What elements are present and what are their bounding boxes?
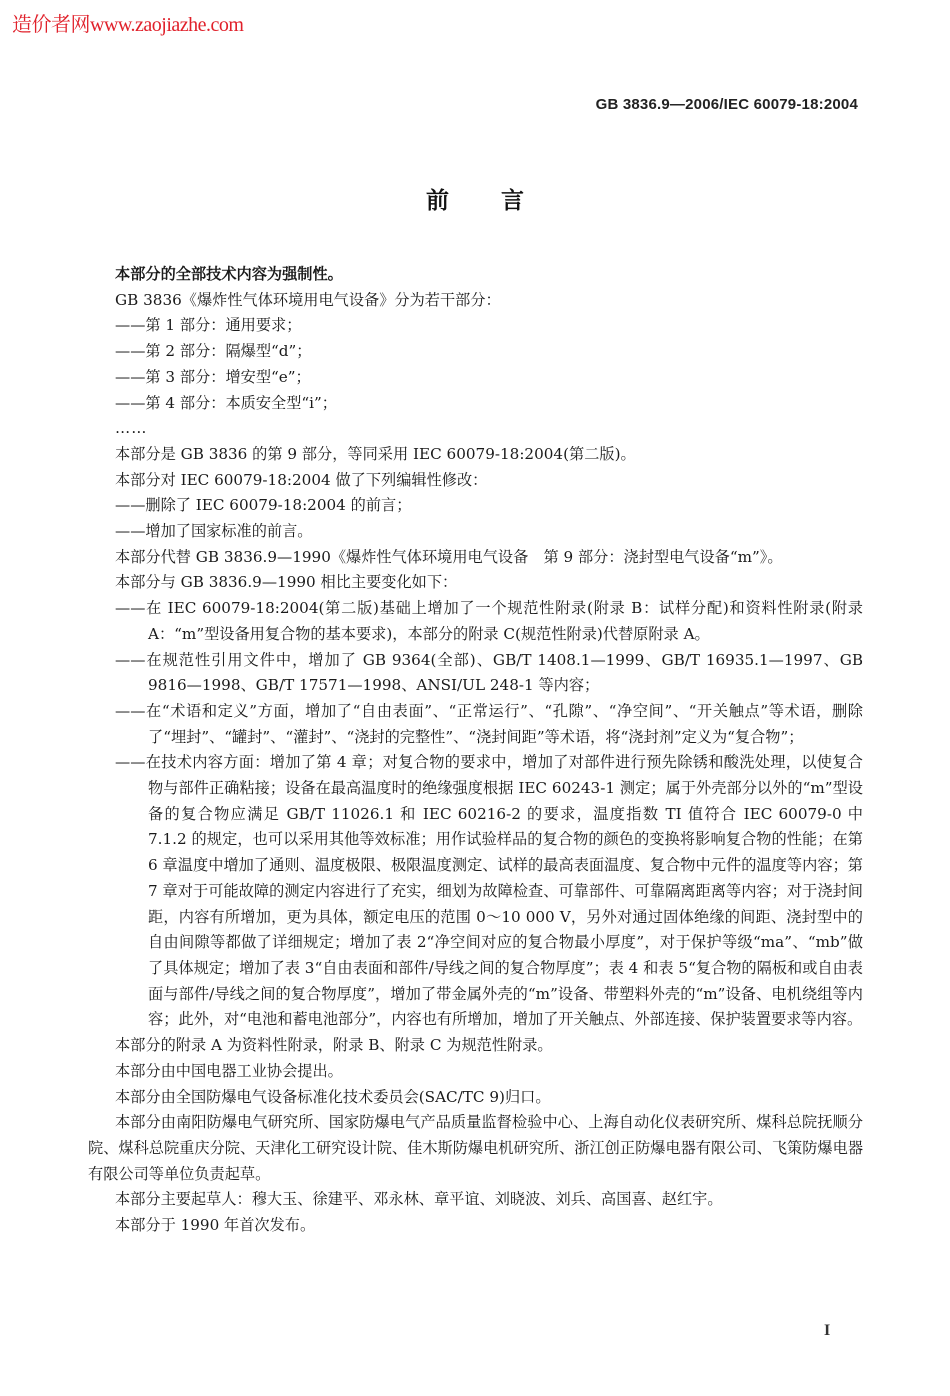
paragraph-changes-intro: 本部分与 GB 3836.9—1990 相比主要变化如下： (88, 570, 863, 596)
list-item-part: ——第 1 部分：通用要求； (88, 313, 863, 339)
list-item-change: ——在“术语和定义”方面，增加了“自由表面”、“正常运行”、“孔隙”、“净空间”… (88, 699, 863, 750)
paragraph-first-issued: 本部分于 1990 年首次发布。 (88, 1213, 863, 1239)
title-char-1: 前 (426, 182, 449, 215)
paragraph-annexes: 本部分的附录 A 为资料性附录，附录 B、附录 C 为规范性附录。 (88, 1033, 863, 1059)
list-item-edit: ——增加了国家标准的前言。 (88, 519, 863, 545)
page-title: 前言 (0, 182, 950, 215)
title-char-2: 言 (501, 182, 524, 215)
paragraph-drafters: 本部分主要起草人：穆大玉、徐建平、邓永林、章平谊、刘晓波、刘兵、高国喜、赵红宇。 (88, 1187, 863, 1213)
paragraph-under-jurisdiction: 本部分由全国防爆电气设备标准化技术委员会(SAC/TC 9)归口。 (88, 1085, 863, 1111)
list-item-part: ——第 3 部分：增安型“e”； (88, 365, 863, 391)
list-item-change: ——在规范性引用文件中，增加了 GB 9364(全部)、GB/T 1408.1—… (88, 648, 863, 699)
list-item-change: ——在技术内容方面：增加了第 4 章；对复合物的要求中，增加了对部件进行预先除锈… (88, 750, 863, 1033)
paragraph-mandatory: 本部分的全部技术内容为强制性。 (88, 262, 863, 288)
ellipsis: …… (88, 416, 863, 442)
paragraph-edits-intro: 本部分对 IEC 60079-18:2004 做了下列编辑性修改： (88, 468, 863, 494)
list-item-part: ——第 2 部分：隔爆型“d”； (88, 339, 863, 365)
paragraph-drafting-units: 本部分由南阳防爆电气研究所、国家防爆电气产品质量监督检验中心、上海自动化仪表研究… (88, 1110, 863, 1187)
watermark: 造价者网www.zaojiazhe.com (12, 8, 243, 37)
list-item-part: ——第 4 部分：本质安全型“i”； (88, 391, 863, 417)
paragraph-adoption: 本部分是 GB 3836 的第 9 部分，等同采用 IEC 60079-18:2… (88, 442, 863, 468)
page-number: I (824, 1322, 830, 1340)
foreword-body: 本部分的全部技术内容为强制性。 GB 3836《爆炸性气体环境用电气设备》分为若… (88, 262, 863, 1239)
list-item-change: ——在 IEC 60079-18:2004(第二版)基础上增加了一个规范性附录(… (88, 596, 863, 647)
list-item-edit: ——删除了 IEC 60079-18:2004 的前言； (88, 493, 863, 519)
standard-code-header: GB 3836.9—2006/IEC 60079-18:2004 (596, 96, 858, 113)
paragraph-replaces: 本部分代替 GB 3836.9—1990《爆炸性气体环境用电气设备 第 9 部分… (88, 545, 863, 571)
paragraph-proposed-by: 本部分由中国电器工业协会提出。 (88, 1059, 863, 1085)
paragraph-series: GB 3836《爆炸性气体环境用电气设备》分为若干部分： (88, 288, 863, 314)
